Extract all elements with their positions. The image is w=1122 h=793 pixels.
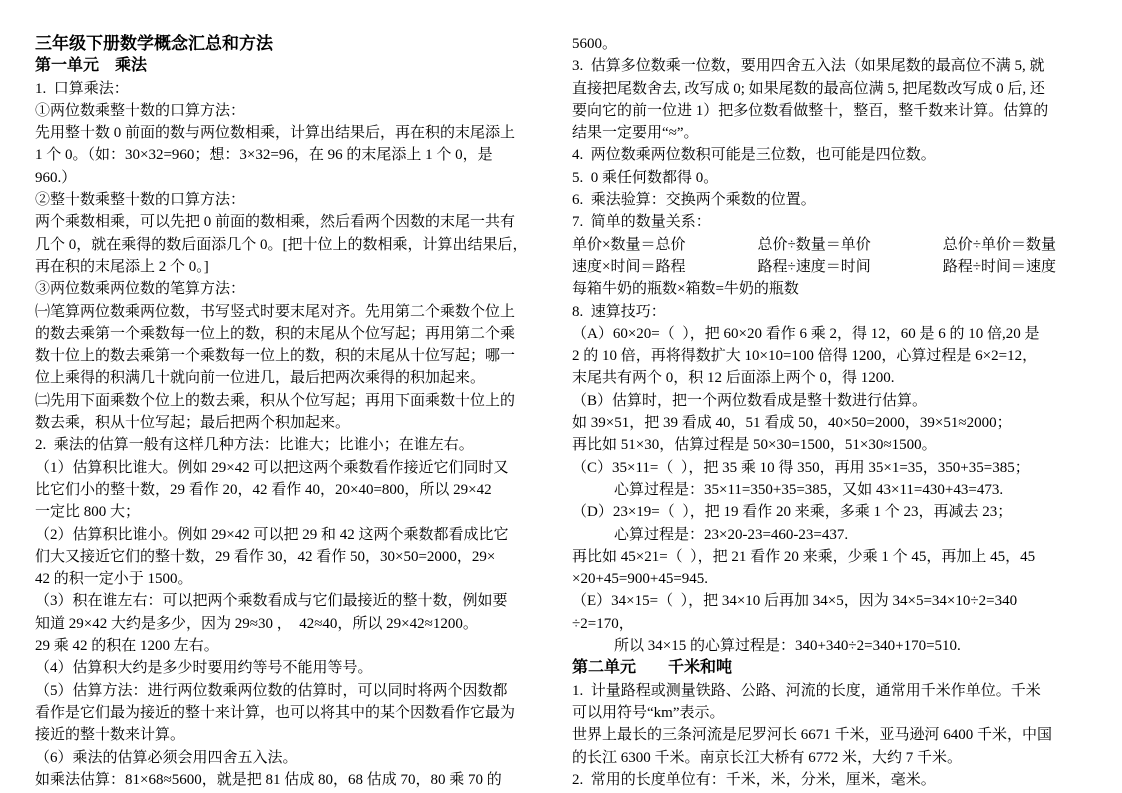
text-line: （C）35×11=（ ），把 35 乘 10 得 350，再用 35×1=35，… xyxy=(572,457,1094,479)
text-line: 29 乘 42 的积在 1200 左右。 xyxy=(35,635,557,657)
text-line: 再比如 51×30，估算过程是 50×30=1500，51×30≈1500。 xyxy=(572,434,1094,456)
document-page: 三年级下册数学概念汇总和方法第一单元 乘法1. 口算乘法：①两位数乘整十数的口算… xyxy=(0,0,1122,793)
text-line: 所以 34×15 的心算过程是：340+340÷2=340+170=510. xyxy=(572,635,1094,657)
text-line: 1. 口算乘法： xyxy=(35,78,557,100)
text-line: 心算过程是：23×20-23=460-23=437. xyxy=(572,524,1094,546)
formula: 单价×数量＝总价 xyxy=(572,234,685,256)
formula: 路程÷时间＝速度 xyxy=(943,256,1056,278)
text-line: 结果一定要用“≈”。 xyxy=(572,122,1094,144)
text-line: （5）估算方法：进行两位数乘两位数的估算时，可以同时将两个因数都 xyxy=(35,680,557,702)
text-line: 两个乘数相乘，可以先把 0 前面的数相乘，然后看两个因数的末尾一共有 xyxy=(35,211,557,233)
text-line: （2）估算积比谁小。例如 29×42 可以把 29 和 42 这两个乘数都看成比… xyxy=(35,524,557,546)
text-line: 要向它的前一位进 1）把多位数看做整十，整百，整千数来计算。估算的 xyxy=(572,100,1094,122)
text-line: ②整十数乘整十数的口算方法： xyxy=(35,189,557,211)
text-line: 5600。 xyxy=(572,33,1094,55)
text-line: 的长江 6300 千米。南京长江大桥有 6772 米，大约 7 千米。 xyxy=(572,747,1094,769)
formula-row: 速度×时间＝路程路程÷速度＝时间路程÷时间＝速度 xyxy=(572,256,1094,278)
text-line: （6）乘法的估算必须会用四舍五入法。 xyxy=(35,747,557,769)
text-line: 2 的 10 倍，再将得数扩大 10×10=100 倍得 1200，心算过程是 … xyxy=(572,345,1094,367)
text-line: 数十位上的数去乘第一个乘数每一位上的数，积的末尾从十位写起；哪一 xyxy=(35,345,557,367)
text-line: 8. 速算技巧： xyxy=(572,301,1094,323)
text-line: ×20+45=900+45=945. xyxy=(572,568,1094,590)
formula-row: 单价×数量＝总价总价÷数量＝单价总价÷单价＝数量 xyxy=(572,234,1094,256)
text-line: 3. 估算多位数乘一位数，要用四舍五入法（如果尾数的最高位不满 5, 就 xyxy=(572,55,1094,77)
text-line: 的数去乘第一个乘数每一位上的数，积的末尾从个位写起；再用第二个乘 xyxy=(35,323,557,345)
right-column: 5600。3. 估算多位数乘一位数，要用四舍五入法（如果尾数的最高位不满 5, … xyxy=(572,33,1094,793)
text-line: （1）估算积比谁大。例如 29×42 可以把这两个乘数看作接近它们同时又 xyxy=(35,457,557,479)
text-line: （4）估算积大约是多少时要用约等号不能用等号。 xyxy=(35,657,557,679)
formula: 速度×时间＝路程 xyxy=(572,256,685,278)
unit-heading: 第二单元 千米和吨 xyxy=(572,657,1094,679)
doc-title: 三年级下册数学概念汇总和方法 xyxy=(35,33,557,55)
text-line: 先用整十数 0 前面的数与两位数相乘，计算出结果后，再在积的末尾添上 xyxy=(35,122,557,144)
text-line: 1 个 0。（如：30×32=960；想：3×32=96，在 96 的末尾添上 … xyxy=(35,144,557,166)
text-line: 6. 乘法验算：交换两个乘数的位置。 xyxy=(572,189,1094,211)
text-line: ÷2=170， xyxy=(572,613,1094,635)
text-line: 每箱牛奶的瓶数×箱数=牛奶的瓶数 xyxy=(572,278,1094,300)
text-line: 世界上最长的三条河流是尼罗河长 6671 千米，亚马逊河 6400 千米，中国 xyxy=(572,724,1094,746)
formula: 总价÷单价＝数量 xyxy=(943,234,1056,256)
text-line: ①两位数乘整十数的口算方法： xyxy=(35,100,557,122)
text-line: 比它们小的整十数，29 看作 20，42 看作 40，20×40=800，所以 … xyxy=(35,479,557,501)
text-line: 们大又接近它们的整十数，29 看作 30，42 看作 50，30×50=2000… xyxy=(35,546,557,568)
text-line: 如 39×51，把 39 看成 40，51 看成 50，40×50=2000，3… xyxy=(572,412,1094,434)
text-line: 960.） xyxy=(35,167,557,189)
formula: 路程÷速度＝时间 xyxy=(758,256,871,278)
text-line: （E）34×15=（ ），把 34×10 后再加 34×5，因为 34×5=34… xyxy=(572,590,1094,612)
text-line: （3）积在谁左右：可以把两个乘数看成与它们最接近的整十数，例如要 xyxy=(35,590,557,612)
text-line: 42 的积一定小于 1500。 xyxy=(35,568,557,590)
text-line: 末尾共有两个 0，积 12 后面添上两个 0，得 1200. xyxy=(572,367,1094,389)
text-line: ㈠笔算两位数乘两位数，书写竖式时要末尾对齐。先用第二个乘数个位上 xyxy=(35,301,557,323)
text-line: 心算过程是：35×11=350+35=385，又如 43×11=430+43=4… xyxy=(572,479,1094,501)
text-line: 1. 计量路程或测量铁路、公路、河流的长度，通常用千米作单位。千米 xyxy=(572,680,1094,702)
text-line: 7. 简单的数量关系： xyxy=(572,211,1094,233)
text-line: 位上乘得的积满几十就向前一位进几，最后把两次乘得的积加起来。 xyxy=(35,367,557,389)
text-line: 2. 乘法的估算一般有这样几种方法：比谁大；比谁小；在谁左右。 xyxy=(35,434,557,456)
text-line: ③两位数乘两位数的笔算方法： xyxy=(35,278,557,300)
text-line: 几个 0，就在乘得的数后面添几个 0。[把十位上的数相乘，计算出结果后， xyxy=(35,234,557,256)
formula: 总价÷数量＝单价 xyxy=(758,234,871,256)
text-line: 数去乘，积从十位写起；最后把两个积加起来。 xyxy=(35,412,557,434)
text-line: ㈡先用下面乘数个位上的数去乘，积从个位写起；再用下面乘数十位上的 xyxy=(35,390,557,412)
text-line: 4. 两位数乘两位数积可能是三位数，也可能是四位数。 xyxy=(572,144,1094,166)
text-line: 再在积的末尾添上 2 个 0。] xyxy=(35,256,557,278)
text-line: 直接把尾数舍去, 改写成 0; 如果尾数的最高位满 5, 把尾数改写成 0 后,… xyxy=(572,78,1094,100)
text-line: （A）60×20=（ ），把 60×20 看作 6 乘 2，得 12，60 是 … xyxy=(572,323,1094,345)
text-line: （B）估算时，把一个两位数看成是整十数进行估算。 xyxy=(572,390,1094,412)
text-line: 再比如 45×21=（ ），把 21 看作 20 来乘，少乘 1 个 45，再加… xyxy=(572,546,1094,568)
left-column: 三年级下册数学概念汇总和方法第一单元 乘法1. 口算乘法：①两位数乘整十数的口算… xyxy=(35,33,557,793)
text-line: 5. 0 乘任何数都得 0。 xyxy=(572,167,1094,189)
text-line: 2. 常用的长度单位有：千米，米，分米，厘米，毫米。 xyxy=(572,769,1094,791)
text-line: 可以用符号“km”表示。 xyxy=(572,702,1094,724)
text-line: 一定比 800 大； xyxy=(35,501,557,523)
text-line: 接近的整十数来计算。 xyxy=(35,724,557,746)
text-line: （D）23×19=（ ），把 19 看作 20 来乘，多乘 1 个 23，再减去… xyxy=(572,501,1094,523)
text-line: 知道 29×42 大约是多少，因为 29≈30 ， 42≈40，所以 29×42… xyxy=(35,613,557,635)
unit-heading: 第一单元 乘法 xyxy=(35,55,557,77)
text-line: 看作是它们最为接近的整十来计算，也可以将其中的某个因数看作它最为 xyxy=(35,702,557,724)
text-line: 如乘法估算：81×68≈5600，就是把 81 估成 80，68 估成 70，8… xyxy=(35,769,557,791)
